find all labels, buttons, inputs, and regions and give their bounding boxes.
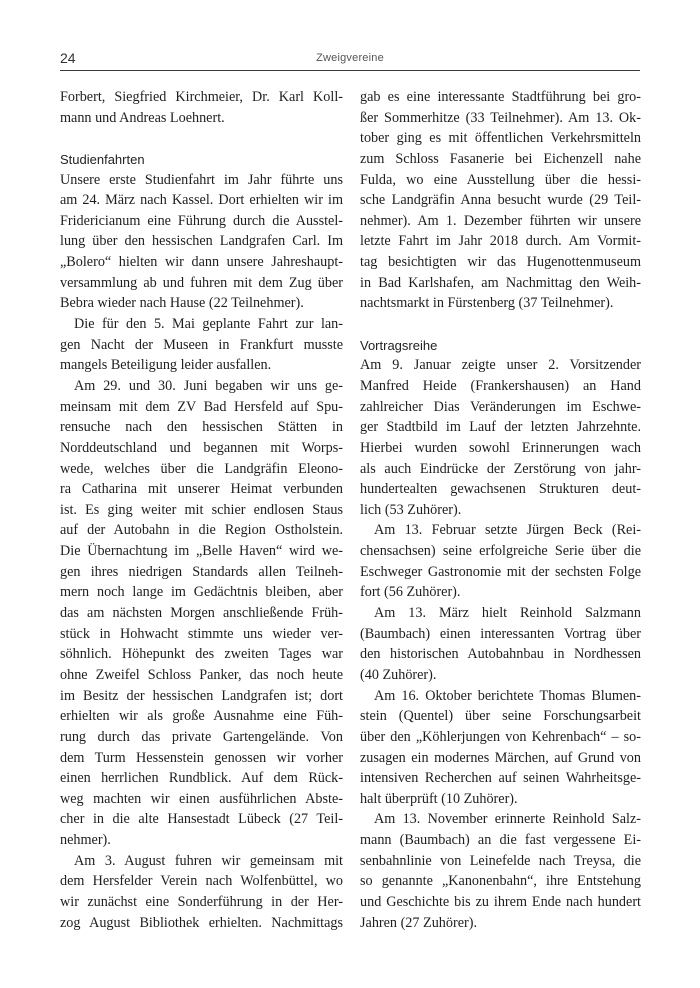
text-line: senbahnlinie von Leinefelde nach Treysa,… [360, 851, 641, 872]
running-title: Zweigvereine [60, 52, 640, 64]
text-line: ger Stadtbild im Lauf der letzten Jahrze… [360, 417, 641, 438]
text-line: und Geschichte bis zu ihrem Ende nach hu… [360, 892, 641, 913]
section-heading-vortragsreihe: Vortragsreihe [360, 335, 641, 356]
text-line: wede, welches über die Landgräfin Eleono… [60, 459, 343, 480]
text-line: meinsam mit dem ZV Bad Hersfeld auf Spu- [60, 397, 343, 418]
text-line: Unsere erste Studienfahrt im Jahr führte… [60, 170, 343, 191]
paragraph: Am 13. März hielt Reinhold Salzmann (Bau… [360, 603, 641, 686]
paragraph: Am 3. August fuhren wir gemeinsam mit de… [60, 851, 343, 934]
text-line: so genannte „Kanonenbahn“, ihre Entstehu… [360, 871, 641, 892]
text-line: nehmer). Am 1. Dezember führten wir unse… [360, 211, 641, 232]
text-line: Jahren (27 Zuhörer). [360, 913, 641, 934]
text-line: wir zunächst eine Sonderführung in der H… [60, 892, 343, 913]
text-line: (Baumbach) einen interessanten Vortrag ü… [360, 624, 641, 645]
text-line: das am nächsten Morgen anschließende Frü… [60, 603, 343, 624]
text-line: Am 13. Februar setzte Jürgen Beck (Rei- [360, 520, 641, 541]
text-line: ohne Zweifel Schloss Panker, das noch he… [60, 665, 343, 686]
text-line: einen herrlichen Rundblick. Auf dem Rück… [60, 768, 343, 789]
text-line: tober ging es mit öffentlichen Verkehrsm… [360, 128, 641, 149]
text-line: am 24. März nach Kassel. Dort erhielten … [60, 190, 343, 211]
text-line: „Bolero“ hielten wir dann unsere Jahresh… [60, 252, 343, 273]
text-line: nachtsmarkt in Fürstenberg (37 Teilnehme… [360, 293, 641, 314]
text-line: weg machten wir einen ausführlichen Abst… [60, 789, 343, 810]
page-header: 24 Zweigvereine [60, 48, 640, 71]
text-line: mann und Andreas Loehnert. [60, 108, 343, 129]
text-line: ist. Es ging weiter mit schier endlosen … [60, 500, 343, 521]
text-line: Am 3. August fuhren wir gemeinsam mit [60, 851, 343, 872]
text-line: rung durch das private Gartengelände. Vo… [60, 727, 343, 748]
text-line: als auch Eindrücke der Zerstörung von ja… [360, 459, 641, 480]
text-line: söhnlich. Höhepunkt des zweiten Tages wa… [60, 644, 343, 665]
continuation-paragraph: gab es eine interessante Stadtführung be… [360, 87, 641, 314]
text-line: sche Landgräfin Anna besucht wurde (29 T… [360, 190, 641, 211]
intro-paragraph: Forbert, Siegfried Kirchmeier, Dr. Karl … [60, 87, 343, 128]
text-line: stein (Quentel) über seine Forschungsarb… [360, 706, 641, 727]
section-heading-studienfahrten: Studienfahrten [60, 149, 343, 170]
text-line: dem Hersfelder Verein nach Wolfenbüttel,… [60, 871, 343, 892]
text-line: stück in Hohwacht stimmte uns wieder ver… [60, 624, 343, 645]
text-line: erhielten wir als große Ausnahme eine Fü… [60, 706, 343, 727]
text-line: nehmer). [60, 830, 343, 851]
text-line: Am 13. März hielt Reinhold Salzmann [360, 603, 641, 624]
text-line: zusagen ein modernes Märchen, auf Grund … [360, 748, 641, 769]
text-line: gab es eine interessante Stadtführung be… [360, 87, 641, 108]
paragraph: Am 29. und 30. Juni begaben wir uns ge- … [60, 376, 343, 851]
paragraph: Am 9. Januar zeigte unser 2. Vorsitzende… [360, 355, 641, 520]
text-line: Bebra wieder nach Hause (22 Teilnehmer). [60, 293, 343, 314]
right-column: gab es eine interessante Stadtführung be… [360, 87, 641, 933]
text-line: mern noch lange im Gedächtnis bleiben, a… [60, 582, 343, 603]
text-line: lung über den hessischen Landgrafen Carl… [60, 231, 343, 252]
text-line: Hierbei wurden sowohl Erinnerungen wach [360, 438, 641, 459]
text-line: mann (Baumbach) an die fast vergessene E… [360, 830, 641, 851]
text-line: tag besichtigten wir das Hugenottenmuseu… [360, 252, 641, 273]
text-line: über den „Köhlerjungen von Kehrenbach“ –… [360, 727, 641, 748]
text-line: Am 9. Januar zeigte unser 2. Vorsitzende… [360, 355, 641, 376]
text-line: Fulda, wo eine Ausstellung über die hess… [360, 170, 641, 191]
text-line: Am 29. und 30. Juni begaben wir uns ge- [60, 376, 343, 397]
text-line: mangels Beteiligung leider ausfallen. [60, 355, 343, 376]
text-line: versammlung ab und fuhren mit dem Zug üb… [60, 273, 343, 294]
paragraph: Am 16. Oktober berichtete Thomas Blumen-… [360, 686, 641, 810]
text-line: Fridericianum eine Führung durch die Aus… [60, 211, 343, 232]
text-line: gen ihres niedrigen Standards allen Teil… [60, 562, 343, 583]
spacer [60, 128, 343, 149]
text-line: lich (53 Zuhörer). [360, 500, 641, 521]
text-line: fort (56 Zuhörer). [360, 582, 641, 603]
text-line: chensachsen) seine erfolgreiche Serie üb… [360, 541, 641, 562]
text-line: zum Schloss Fasanerie bei Eichenzell nah… [360, 149, 641, 170]
text-line: Eschweger Gastronomie mit der sechsten F… [360, 562, 641, 583]
text-line: letzte Fahrt im Jahr 2018 durch. Am Vorm… [360, 231, 641, 252]
text-line: Am 16. Oktober berichtete Thomas Blumen- [360, 686, 641, 707]
spacer [360, 314, 641, 335]
text-line: ra Catharina mit unserer Heimat verbunde… [60, 479, 343, 500]
text-line: auf der Autobahn in die Region Ostholste… [60, 520, 343, 541]
text-line: ßer Sommerhitze (33 Teilnehmer). Am 13. … [360, 108, 641, 129]
paragraph: Die für den 5. Mai geplante Fahrt zur la… [60, 314, 343, 376]
text-line: gen Nacht der Museen in Frankfurt musste [60, 335, 343, 356]
text-line: cher in die alte Hansestadt Lübeck (27 T… [60, 809, 343, 830]
paragraph: Unsere erste Studienfahrt im Jahr führte… [60, 170, 343, 314]
text-line: Manfred Heide (Frankershausen) an Hand [360, 376, 641, 397]
text-line: Am 13. November erinnerte Reinhold Salz- [360, 809, 641, 830]
left-column: Forbert, Siegfried Kirchmeier, Dr. Karl … [60, 87, 343, 933]
text-line: zog August Bibliothek erhielten. Nachmit… [60, 913, 343, 934]
text-line: halt überprüft (10 Zuhörer). [360, 789, 641, 810]
text-line: Norddeutschland und begannen mit Worps- [60, 438, 343, 459]
text-line: den historischen Autobahnbau in Nordhess… [360, 644, 641, 665]
text-line: Forbert, Siegfried Kirchmeier, Dr. Karl … [60, 87, 343, 108]
paragraph: Am 13. Februar setzte Jürgen Beck (Rei- … [360, 520, 641, 603]
text-line: im Besitz der hessischen Landgrafen ist;… [60, 686, 343, 707]
text-line: in Bad Karlshafen, am Nachmittag den Wei… [360, 273, 641, 294]
text-line: hundertealten gewachsenen Strukturen deu… [360, 479, 641, 500]
text-line: Die für den 5. Mai geplante Fahrt zur la… [60, 314, 343, 335]
text-line: intensiven Recherchen auf seinen Wahrhei… [360, 768, 641, 789]
text-line: zahlreicher Dias Veränderungen im Eschwe… [360, 397, 641, 418]
text-line: Die Übernachtung im „Belle Haven“ wird w… [60, 541, 343, 562]
text-line: dem Turm Hessenstein genossen wir vorher [60, 748, 343, 769]
text-line: (40 Zuhörer). [360, 665, 641, 686]
text-line: rensuche nach den hessischen Stätten in [60, 417, 343, 438]
paragraph: Am 13. November erinnerte Reinhold Salz-… [360, 809, 641, 933]
